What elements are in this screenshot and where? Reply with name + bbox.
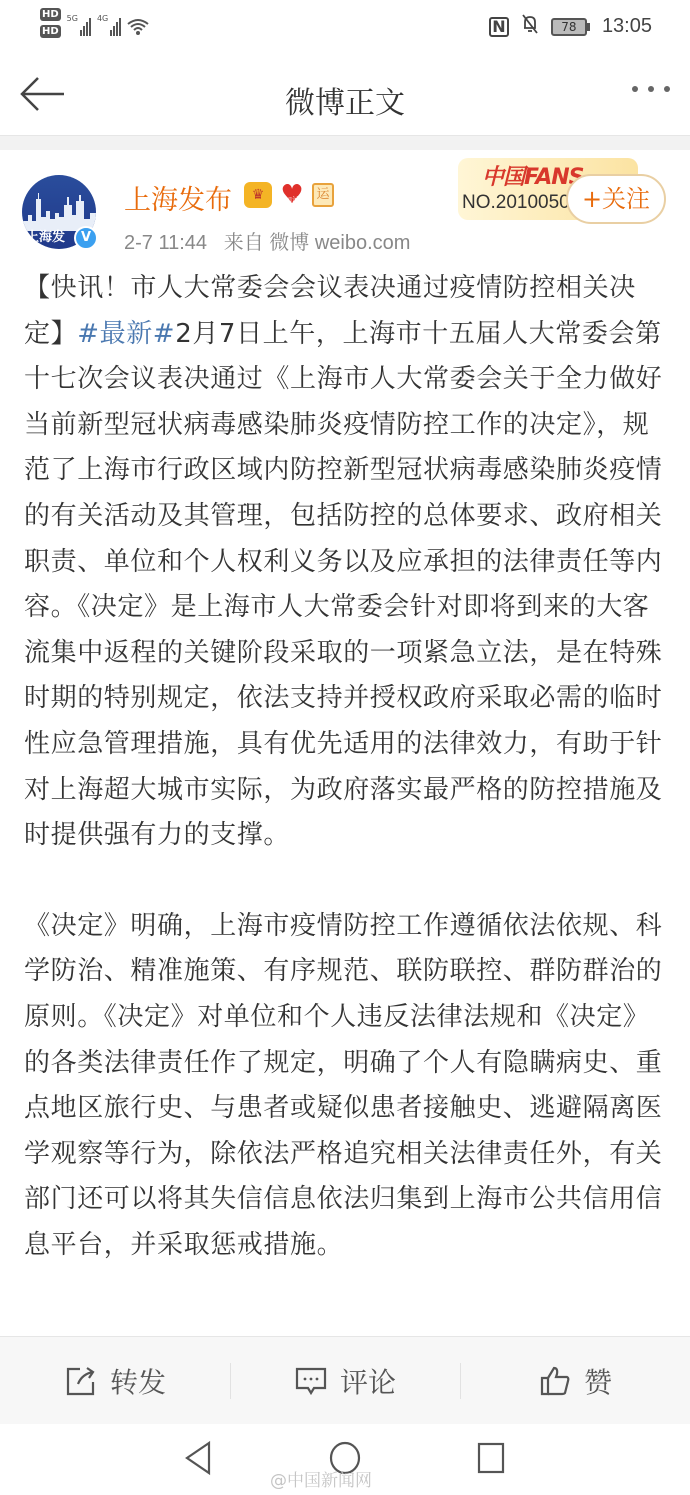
signal-icon-sim1: 5G xyxy=(67,14,91,36)
nfc-icon: N xyxy=(489,17,509,37)
post-body: 【快讯！市人大常委会会议表决通过疫情防控相关决定】#最新#2月7日上午，上海市十… xyxy=(24,266,669,1313)
more-options-button[interactable] xyxy=(632,86,670,92)
fans-number: NO.2010050 xyxy=(462,192,570,214)
system-back-icon[interactable] xyxy=(183,1440,213,1476)
follow-button[interactable]: +关注 xyxy=(566,174,666,224)
post-paragraph-1: 【快讯！市人大常委会会议表决通过疫情防控相关决定】#最新#2月7日上午，上海市十… xyxy=(24,266,669,859)
action-bar: 转发 评论 赞 xyxy=(0,1336,690,1424)
post-meta: 2-7 11:44 来自 微博 weibo.com xyxy=(124,226,410,255)
watermark: @中国新闻网 xyxy=(270,1466,372,1491)
author-name[interactable]: 上海发布 xyxy=(124,178,232,217)
post-paragraph-2: 《决定》明确，上海市疫情防控工作遵循依法依规、科学防治、精准施策、有序规范、联防… xyxy=(24,904,669,1269)
comment-button[interactable]: 评论 xyxy=(230,1337,460,1424)
skyline-icon xyxy=(22,191,96,231)
dot-icon xyxy=(648,86,654,92)
verified-badge-icon: V xyxy=(74,226,98,250)
mute-bell-icon xyxy=(521,14,539,39)
hd-voice-icon-1: HD xyxy=(40,8,61,21)
battery-icon: 78 xyxy=(551,18,590,36)
system-recents-icon[interactable] xyxy=(476,1440,506,1476)
hd-voice-icon-2: HD xyxy=(40,25,61,38)
heart-badge-icon[interactable]: ♥加油 xyxy=(278,182,306,208)
system-nav-bar: @中国新闻网 xyxy=(0,1424,690,1495)
clock: 13:05 xyxy=(602,15,652,38)
post-source: 来自 微博 weibo.com xyxy=(224,232,411,254)
crown-badge-icon[interactable]: ♛ xyxy=(244,182,272,208)
post-header: 上海发 V 上海发布 ♛ ♥加油 运 2-7 11:44 来自 微博 weibo… xyxy=(0,150,690,260)
thumbs-up-icon xyxy=(538,1364,572,1398)
comment-icon xyxy=(294,1364,328,1398)
yun-badge-icon[interactable]: 运 xyxy=(312,183,334,207)
repost-button[interactable]: 转发 xyxy=(0,1337,230,1424)
signal-icon-sim2: 4G xyxy=(97,14,121,36)
dot-icon xyxy=(632,86,638,92)
timestamp: 2-7 11:44 xyxy=(124,232,207,254)
divider xyxy=(0,136,690,150)
hashtag-link[interactable]: #最新# xyxy=(77,319,175,349)
dot-icon xyxy=(664,86,670,92)
wifi-icon xyxy=(127,18,149,41)
nav-bar: 微博正文 xyxy=(0,56,690,136)
like-button[interactable]: 赞 xyxy=(460,1337,690,1424)
repost-icon xyxy=(64,1364,98,1398)
status-bar: HD HD 5G 4G N 78 13:05 xyxy=(0,0,690,56)
page-title: 微博正文 xyxy=(0,78,690,122)
